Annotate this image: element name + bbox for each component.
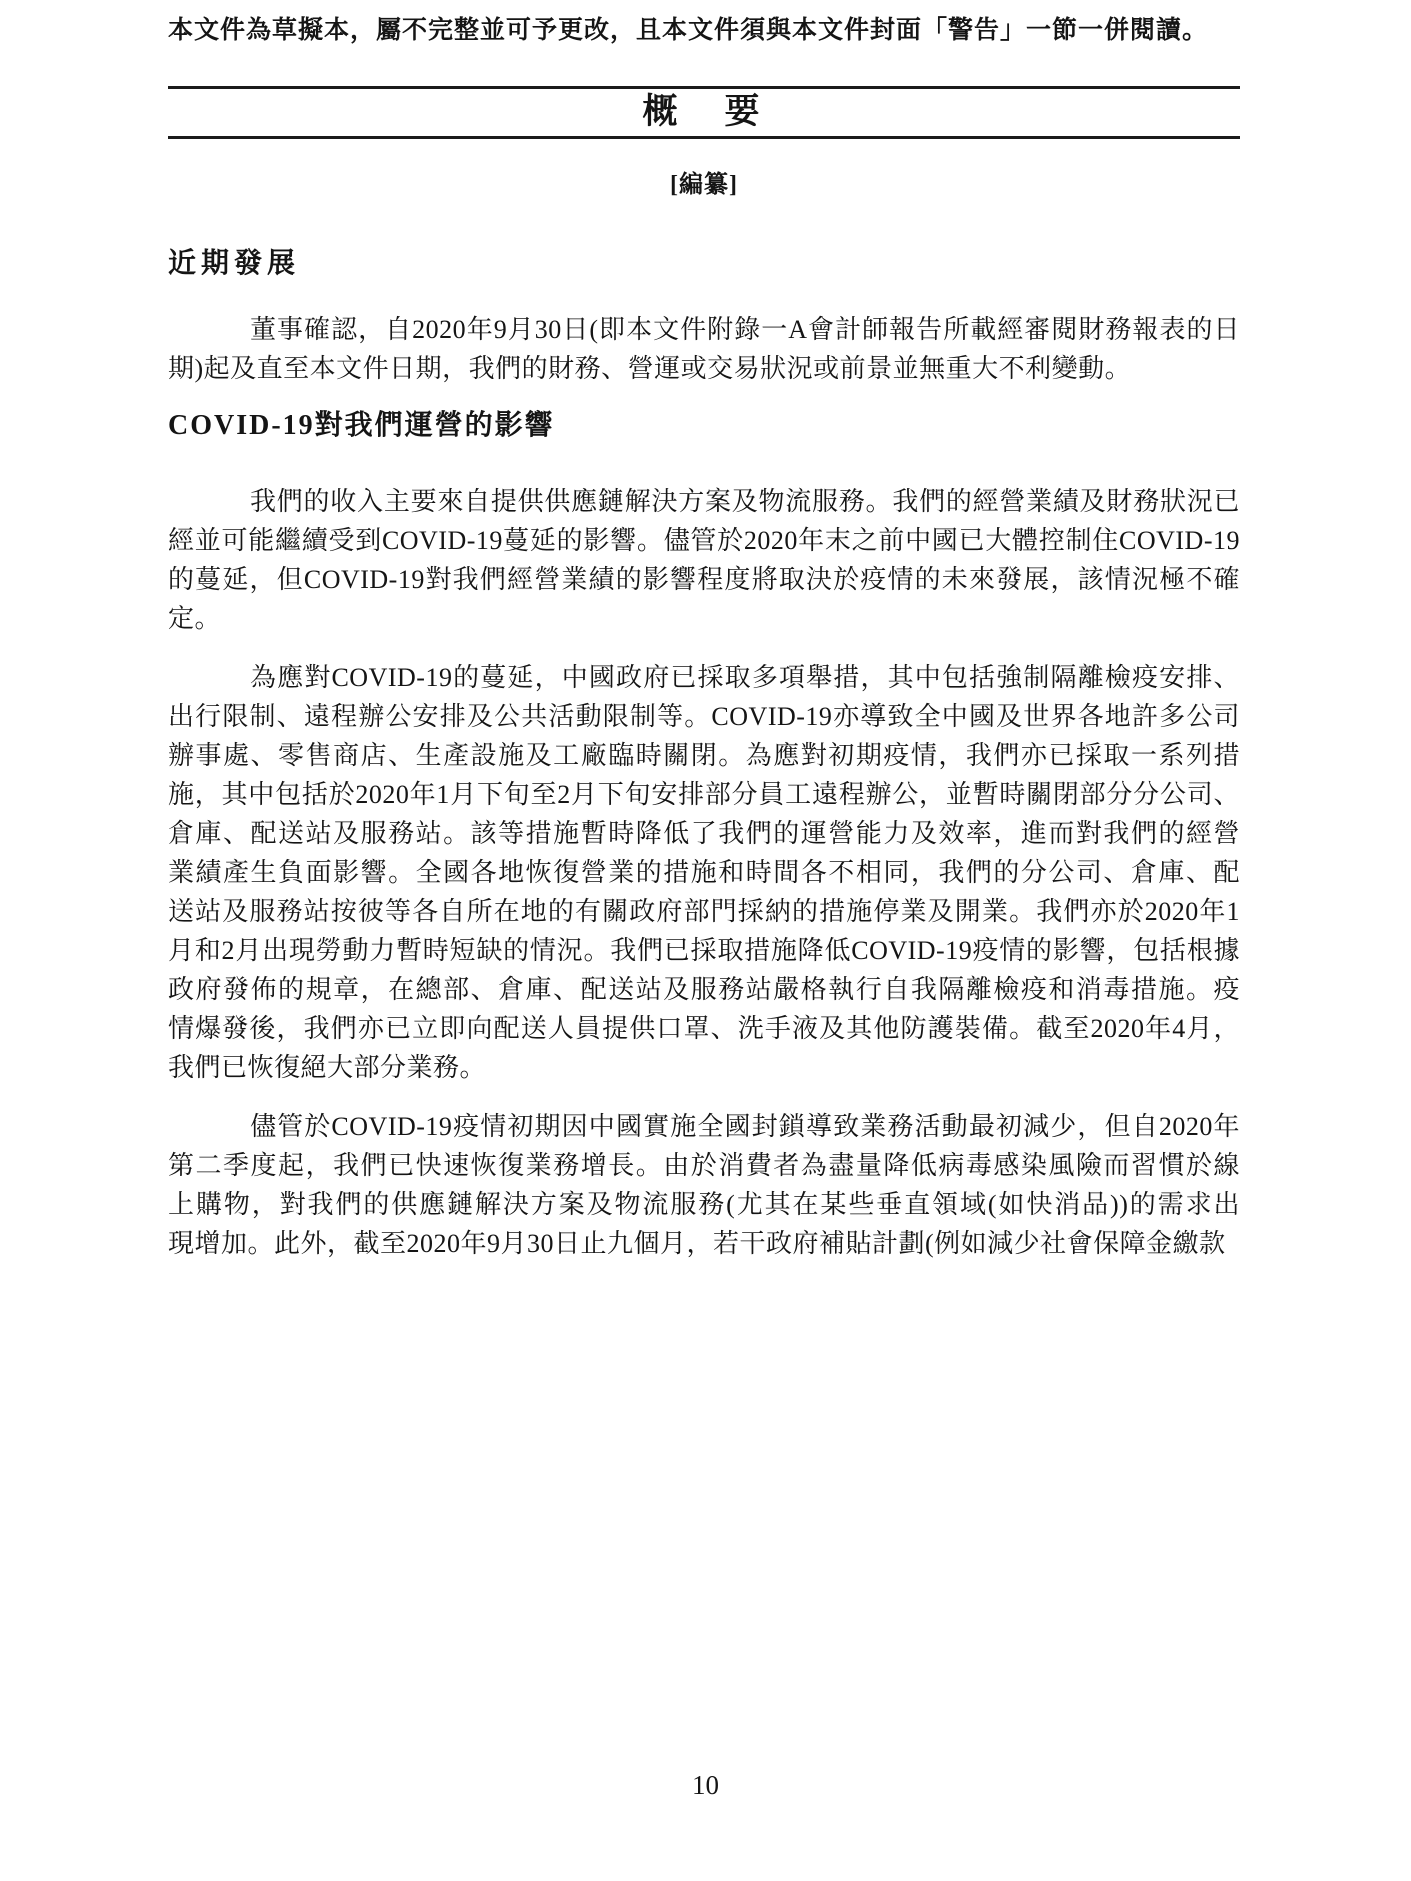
paragraph-line: 送站及服務站按彼等各自所在地的有關政府部門採納的措施停業及開業。我們亦於2020… [168,892,1240,931]
paragraph-line: 經並可能繼續受到COVID-19蔓延的影響。儘管於2020年末之前中國已大體控制… [168,521,1240,560]
paragraph-line: 上購物，對我們的供應鏈解決方案及物流服務(尤其在某些垂直領域(如快消品))的需求… [168,1185,1240,1224]
paragraph-line: 第二季度起，我們已快速恢復業務增長。由於消費者為盡量降低病毒感染風險而習慣於線 [168,1146,1240,1185]
paragraph-line: 我們的收入主要來自提供供應鏈解決方案及物流服務。我們的經營業績及財務狀況已 [168,482,1240,521]
paragraph-line: 期)起及直至本文件日期，我們的財務、營運或交易狀況或前景並無重大不利變動。 [168,349,1240,388]
paragraph-line: 出行限制、遠程辦公安排及公共活動限制等。COVID-19亦導致全中國及世界各地許… [168,697,1240,736]
paragraph-line: 業績產生負面影響。全國各地恢復營業的措施和時間各不相同，我們的分公司、倉庫、配 [168,853,1240,892]
heading-covid-impact: COVID-19對我們運營的影響 [168,408,1240,444]
paragraph-line: 政府發佈的規章，在總部、倉庫、配送站及服務站嚴格執行自我隔離檢疫和消毒措施。疫 [168,970,1240,1009]
paragraph-line: 月和2月出現勞動力暫時短缺的情況。我們已採取措施降低COVID-19疫情的影響，… [168,931,1240,970]
paragraph-covid-1: 我們的收入主要來自提供供應鏈解決方案及物流服務。我們的經營業績及財務狀況已 經並… [168,482,1240,638]
paragraph-line: 辦事處、零售商店、生產設施及工廠臨時關閉。為應對初期疫情，我們亦已採取一系列措 [168,736,1240,775]
draft-disclaimer: 本文件為草擬本，屬不完整並可予更改，且本文件須與本文件封面「警告」一節一併閱讀。 [168,14,1240,48]
paragraph-covid-2: 為應對COVID-19的蔓延，中國政府已採取多項舉措，其中包括強制隔離檢疫安排、… [168,658,1240,1087]
paragraph-line: 的蔓延，但COVID-19對我們經營業績的影響程度將取決於疫情的未來發展，該情況… [168,560,1240,599]
paragraph-line: 儘管於COVID-19疫情初期因中國實施全國封鎖導致業務活動最初減少，但自202… [168,1107,1240,1146]
heading-recent-developments: 近期發展 [168,246,1240,282]
paragraph-line: 現增加。此外，截至2020年9月30日止九個月，若干政府補貼計劃(例如減少社會保… [168,1224,1240,1263]
paragraph-covid-3: 儘管於COVID-19疫情初期因中國實施全國封鎖導致業務活動最初減少，但自202… [168,1107,1240,1263]
edit-note: [編纂] [168,164,1240,199]
paragraph-line: 我們已恢復絕大部分業務。 [168,1048,1240,1087]
paragraph-line: 定。 [168,599,1240,638]
header-bottom-rule [168,136,1240,139]
paragraph-line: 施，其中包括於2020年1月下旬至2月下旬安排部分員工遠程辦公，並暫時關閉部分分… [168,775,1240,814]
page-number: 10 [0,1770,1411,1801]
paragraph-line: 情爆發後，我們亦已立即向配送人員提供口罩、洗手液及其他防護裝備。截至2020年4… [168,1009,1240,1048]
paragraph-recent-developments: 董事確認，自2020年9月30日(即本文件附錄一A會計師報告所載經審閱財務報表的… [168,310,1240,388]
paragraph-line: 倉庫、配送站及服務站。該等措施暫時降低了我們的運營能力及效率，進而對我們的經營 [168,814,1240,853]
paragraph-line: 為應對COVID-19的蔓延，中國政府已採取多項舉措，其中包括強制隔離檢疫安排、 [168,658,1240,697]
page-title: 概 要 [168,88,1240,136]
paragraph-line: 董事確認，自2020年9月30日(即本文件附錄一A會計師報告所載經審閱財務報表的… [168,310,1240,349]
